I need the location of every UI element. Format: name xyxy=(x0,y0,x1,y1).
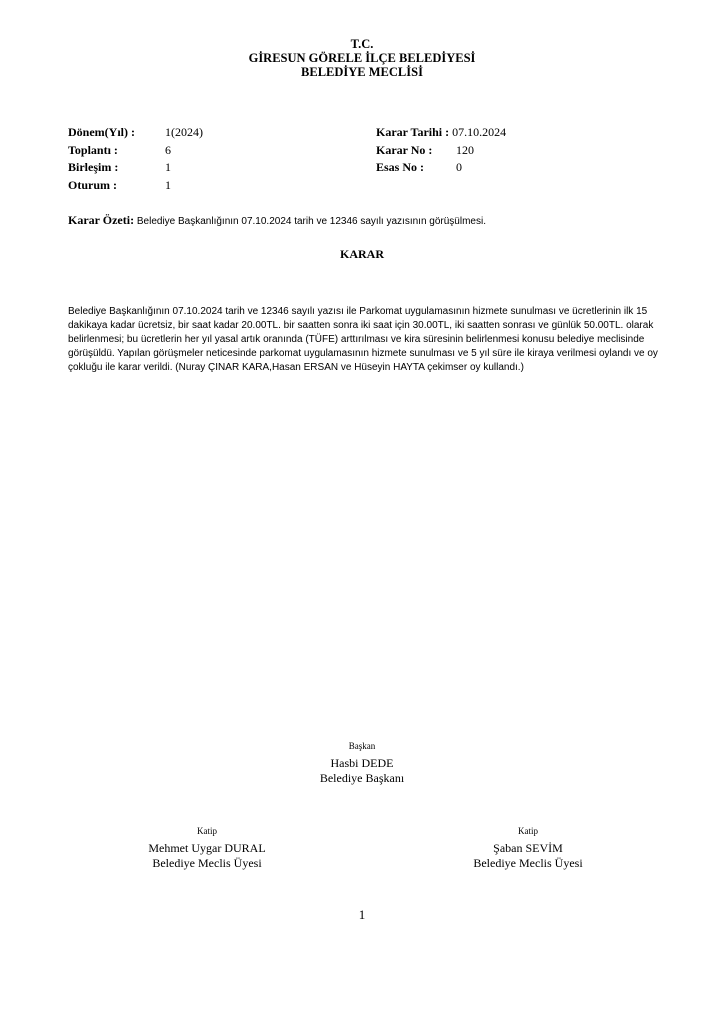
meta-value: 120 xyxy=(456,142,474,160)
signature-role: Katip xyxy=(107,825,307,837)
summary-label: Karar Özeti: xyxy=(68,213,134,227)
signature-clerk-left: Katip Mehmet Uygar DURAL Belediye Meclis… xyxy=(107,825,307,870)
decision-title: KARAR xyxy=(0,247,724,262)
meta-row-karar-no: Karar No : 120 xyxy=(376,142,506,160)
header-council: BELEDİYE MECLİSİ xyxy=(0,65,724,79)
document-header: T.C. GİRESUN GÖRELE İLÇE BELEDİYESİ BELE… xyxy=(0,37,724,79)
meta-label: Karar No : xyxy=(376,142,456,160)
meta-label: Esas No : xyxy=(376,159,456,177)
meta-left: Dönem(Yıl) : 1(2024) Toplantı : 6 Birleş… xyxy=(68,124,203,194)
signature-title: Belediye Meclis Üyesi xyxy=(107,856,307,871)
meta-value: 0 xyxy=(456,159,462,177)
summary-text: Belediye Başkanlığının 07.10.2024 tarih … xyxy=(137,216,486,227)
meta-row-toplanti: Toplantı : 6 xyxy=(68,142,203,160)
meta-value: 1(2024) xyxy=(165,124,203,142)
decision-summary: Karar Özeti: Belediye Başkanlığının 07.1… xyxy=(68,213,486,228)
meta-value: 6 xyxy=(165,142,171,160)
meta-label: Oturum : xyxy=(68,177,165,195)
signature-name: Hasbi DEDE xyxy=(262,756,462,771)
meta-label: Birleşim : xyxy=(68,159,165,177)
page-number: 1 xyxy=(0,907,724,923)
meta-value: 1 xyxy=(165,177,171,195)
meta-value: 07.10.2024 xyxy=(452,124,506,142)
header-tc: T.C. xyxy=(0,37,724,51)
meta-label: Dönem(Yıl) : xyxy=(68,124,165,142)
meta-right: Karar Tarihi : 07.10.2024 Karar No : 120… xyxy=(376,124,506,177)
meta-row-karar-tarihi: Karar Tarihi : 07.10.2024 xyxy=(376,124,506,142)
meta-row-donem: Dönem(Yıl) : 1(2024) xyxy=(68,124,203,142)
signature-name: Şaban SEVİM xyxy=(428,841,628,856)
signature-name: Mehmet Uygar DURAL xyxy=(107,841,307,856)
meta-value: 1 xyxy=(165,159,171,177)
meta-row-oturum: Oturum : 1 xyxy=(68,177,203,195)
signature-clerk-right: Katip Şaban SEVİM Belediye Meclis Üyesi xyxy=(428,825,628,870)
signature-role: Başkan xyxy=(262,740,462,752)
signature-title: Belediye Meclis Üyesi xyxy=(428,856,628,871)
meta-label: Karar Tarihi : xyxy=(376,124,449,142)
decision-body: Belediye Başkanlığının 07.10.2024 tarih … xyxy=(68,305,668,375)
signature-role: Katip xyxy=(428,825,628,837)
meta-row-birlesim: Birleşim : 1 xyxy=(68,159,203,177)
header-municipality: GİRESUN GÖRELE İLÇE BELEDİYESİ xyxy=(0,51,724,65)
meta-row-esas-no: Esas No : 0 xyxy=(376,159,506,177)
signature-title: Belediye Başkanı xyxy=(262,771,462,786)
signature-president: Başkan Hasbi DEDE Belediye Başkanı xyxy=(262,740,462,785)
meta-label: Toplantı : xyxy=(68,142,165,160)
